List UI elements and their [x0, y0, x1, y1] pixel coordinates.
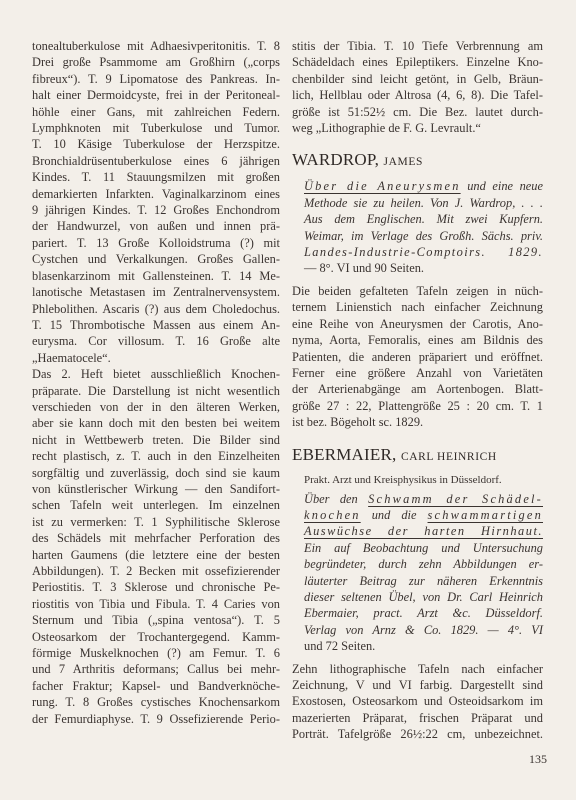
citation-line: läuterter Beitrag zur näheren Erkenntnis [304, 573, 543, 589]
citation-line: Weimar, im Verlage des Großh. Sächs. pri… [304, 228, 543, 244]
text-line: sorgfältig und zuverlässig, doch sind si… [32, 465, 280, 481]
text-line: Ferner eine größere Anzahl von Varietäte… [292, 365, 543, 381]
text-line: halt einer Dermoidcyste, frei in der Per… [32, 87, 280, 103]
text-line: der Handwurzel, von außen und innen prä- [32, 218, 280, 234]
title-mid: und die [361, 508, 428, 522]
text-line: Schädeldach eines Epileptikers. Einzelne… [292, 54, 543, 70]
text-line: stitis der Tibia. T. 10 Tiefe Verbrennun… [292, 38, 543, 54]
entry-heading-wardrop: WARDROP, JAMES [292, 150, 543, 172]
text-line: Exostosen, Osteosarkom und Osteoidsarkom… [292, 693, 543, 709]
author-surname: WARDROP, [292, 150, 379, 169]
right-continuation-paragraph: stitis der Tibia. T. 10 Tiefe Verbrennun… [292, 38, 543, 136]
entry-description-ebermaier: Zehn lithographische Tafeln nach einfach… [292, 661, 543, 743]
citation-line: dieser seltenen Übel, von Dr. Carl Heinr… [304, 589, 543, 605]
title-emphasis: knochen [304, 508, 361, 522]
left-paragraph-1: tonealtuberkulose mit Adhaesivperitoniti… [32, 38, 280, 366]
text-line: ist zu vermerken: T. 1 Syphilitische Skl… [32, 514, 280, 530]
text-line: T. 10 Käsige Tuberkulose der Herzspitze. [32, 136, 280, 152]
text-line: mazerierten Präparat, frischen Präparat … [292, 710, 543, 726]
text-line: Das 2. Heft bietet ausschließlich Knoche… [32, 366, 280, 382]
text-line: Porträt. Tafelgröße 26½:22 cm, unbezeich… [292, 726, 543, 742]
text-line: Die beiden gefalteten Tafeln zeigen in n… [292, 283, 543, 299]
text-line: „Haematocele“. [32, 350, 280, 366]
text-line: der Femurdiaphyse. T. 9 Ossefizierende P… [32, 711, 280, 727]
text-line: und 7 Arthritis deformans; Callus bei me… [32, 661, 280, 677]
citation-line: Ebermaier, pract. Arzt &c. Düsseldorf. [304, 605, 543, 621]
citation-line: und 72 Seiten. [304, 638, 543, 654]
text-line: von künstlerischer Wirkung — den Sandifo… [32, 481, 280, 497]
text-line: blasenkarzinom mit Gallensteinen. T. 14 … [32, 268, 280, 284]
text-line: förmige Muskelknochen (?) am Femur. T. 6 [32, 645, 280, 661]
text-line: Osteosarkom der Trochantergegend. Kamm- [32, 629, 280, 645]
title-emphasis: schwammartigen [428, 508, 543, 522]
text-line: nyma, Aorta, Femoralis, eines am Bildnis… [292, 332, 543, 348]
citation-line: Methode sie zu heilen. Von J. Wardrop, .… [304, 195, 543, 211]
left-column: tonealtuberkulose mit Adhaesivperitoniti… [32, 38, 280, 727]
entry-description-wardrop: Die beiden gefalteten Tafeln zeigen in n… [292, 283, 543, 431]
text-line: verschieden von der in den älteren Werke… [32, 399, 280, 415]
text-line: größe ist 51:52½ cm. Die Bez. lautet dur… [292, 104, 543, 120]
citation-line: Aus dem Englischen. Mit zwei Kupfern. [304, 211, 543, 227]
text-line: facher Fraktur; Kapsel- und Bandverknöch… [32, 678, 280, 694]
text-line: recht plastisch, z. T. auch in den Einze… [32, 448, 280, 464]
title-continuation: und eine neue [461, 179, 543, 193]
right-column: stitis der Tibia. T. 10 Tiefe Verbrennun… [292, 38, 543, 743]
text-line: riostitis von Tibia und Fibula. T. 4 Car… [32, 596, 280, 612]
citation-line: — 8°. VI und 90 Seiten. [304, 260, 543, 276]
text-line: weg „Lithographie de F. G. Levrault.“ [292, 120, 543, 136]
text-line: höhle einer Gans, mit zahlreichen Federn… [32, 104, 280, 120]
text-line: Bronchialdrüsentuberkulose eines 6 jähri… [32, 153, 280, 169]
text-line: harten Gaumens (die letztere eine der be… [32, 547, 280, 563]
text-line: des Schädels mit mehrfacher Perforation … [32, 530, 280, 546]
author-given-name: CARL HEINRICH [401, 451, 497, 463]
title-emphasis: Schwamm der Schädel- [368, 492, 543, 506]
text-line: fibreux“). T. 9 Lipomatose des Pankreas.… [32, 71, 280, 87]
text-line: Periostitis. T. 3 Sklerose und chronisch… [32, 579, 280, 595]
text-line: nicht in Wettbewerb treten. Die Bilder s… [32, 432, 280, 448]
text-line: ist bez. Bögeholt sc. 1829. [292, 414, 543, 430]
text-line: Patienten, die anderen präpariert und er… [292, 349, 543, 365]
text-line: rung. T. 8 Großes cystisches Knochensark… [32, 694, 280, 710]
text-line: Lymphknoten mit Tuberkulose und Tumor. [32, 120, 280, 136]
text-line: Kindes. T. 11 Stauungsmilzen mit großen [32, 169, 280, 185]
author-given-name: JAMES [384, 156, 423, 168]
text-line: tonealtuberkulose mit Adhaesivperitoniti… [32, 38, 280, 54]
text-line: eurysma. Cor villosum. T. 16 Große alte [32, 333, 280, 349]
text-line: der Arterienabgänge am Aortenbogen. Blat… [292, 381, 543, 397]
author-surname: EBERMAIER, [292, 445, 396, 464]
text-line: 9 jährigen Kindes. T. 12 Großes Enchondr… [32, 202, 280, 218]
text-line: Abbildungen). T. 2 Becken mit ossefizier… [32, 563, 280, 579]
text-line: aber sie kann doch mit den besten bei we… [32, 415, 280, 431]
text-line: schen Tafeln weit unterlegen. Im einzeln… [32, 497, 280, 513]
citation-line: Ein auf Beobachtung und Untersuchung [304, 540, 543, 556]
author-affiliation: Prakt. Arzt und Kreisphysikus in Düsseld… [304, 473, 543, 487]
text-line: T. 15 Thrombotische Massen aus einem An- [32, 317, 280, 333]
title-emphasis: Auswüchse der harten Hirnhaut. [304, 523, 543, 539]
text-line: Zeichnung, V und VI farbig. Dargestellt … [292, 677, 543, 693]
citation-line: Verlag von Arnz & Co. 1829. — 4°. VI [304, 622, 543, 638]
left-paragraph-2: Das 2. Heft bietet ausschließlich Knoche… [32, 366, 280, 727]
text-line: lich, Hellblau oder Altrosa (4, 6, 8). D… [292, 87, 543, 103]
entry-heading-ebermaier: EBERMAIER, CARL HEINRICH [292, 445, 543, 467]
text-line: Cystchen und Verkalkungen. Großes Gallen… [32, 251, 280, 267]
citation-line: begründeter, durch zehn Abbildungen er- [304, 556, 543, 572]
book-page: tonealtuberkulose mit Adhaesivperitoniti… [0, 0, 576, 800]
bibliographic-citation-ebermaier: Über den Schwamm der Schädel- knochen un… [304, 491, 543, 655]
text-line: Sternum und Tibia („spina ventosa“). T. … [32, 612, 280, 628]
title-emphasis: Über die Aneurysmen [304, 179, 461, 193]
text-line: eine Reihe von Aneurysmen der Carotis, A… [292, 316, 543, 332]
text-line: größe 27 : 22, Plattengröße 25 : 20 cm. … [292, 398, 543, 414]
citation-line: Landes-Industrie-Comptoirs. 1829. [304, 244, 543, 260]
text-line: Zehn lithographische Tafeln nach einfach… [292, 661, 543, 677]
text-line: präparate. Die Darstellung ist nicht wes… [32, 383, 280, 399]
text-line: demarkierten Infarkten. Vaginalkarzinom … [32, 186, 280, 202]
text-line: Drei große Psammome am Großhirn („corps [32, 54, 280, 70]
bibliographic-citation-wardrop: Über die Aneurysmen und eine neue Method… [304, 178, 543, 276]
text-line: lanotische Metastasen im Zentralnervensy… [32, 284, 280, 300]
page-number: 135 [529, 752, 547, 767]
text-line: Phlebolithen. Ascaris (?) aus dem Choled… [32, 301, 280, 317]
title-prefix: Über den [304, 492, 368, 506]
text-line: pariert. T. 13 Große Kolloidstruma (?) m… [32, 235, 280, 251]
text-line: ternem Linienstich nach einfacher Zeichn… [292, 299, 543, 315]
text-line: chenbilder sind leicht getönt, in Gelb, … [292, 71, 543, 87]
